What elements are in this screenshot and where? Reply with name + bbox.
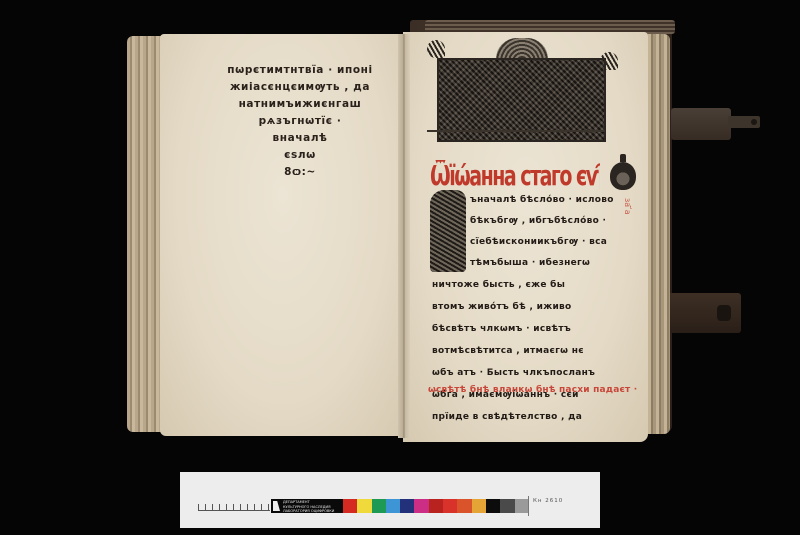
color-swatch: [515, 499, 529, 513]
color-swatch: [372, 499, 386, 513]
photograph-scene: пѡрєтимтнтвїа · ипоні жиіасєнцєимѹть , д…: [0, 0, 800, 535]
color-swatch: [414, 499, 428, 513]
color-swatch: [429, 499, 443, 513]
color-swatch: [357, 499, 371, 513]
color-swatch: [457, 499, 471, 513]
color-swatch: [343, 499, 357, 513]
color-swatch: [486, 499, 500, 513]
text-line: бѣсвѣтъ члкѡмъ · исвѣтъ: [432, 318, 612, 340]
acorn-ornament-icon: [610, 162, 636, 190]
target-divider: [528, 496, 529, 516]
color-swatch: [500, 499, 514, 513]
text-line: втомъ живо́тъ бѣ , иживо: [432, 296, 612, 318]
rubric-line: ѡсвѣтѣ бнѣ вланкѡ бнѣ пасхи падаєт ·: [428, 385, 628, 395]
text-line: пѡрєтимтнтвїа · ипоні: [205, 62, 395, 79]
color-swatch: [400, 499, 414, 513]
color-swatch: [386, 499, 400, 513]
text-line: єѕлѡ: [205, 147, 395, 164]
text-line: натнимъижиєнгаш: [205, 96, 395, 113]
brand-text: ДЕПАРТАМЕНТ КУЛЬТУРНОГО НАСЛЕДИЯ ЛАБОРАТ…: [283, 500, 334, 513]
text-line: вотмѣсвѣтитса , итмаєгѡ нє: [432, 340, 612, 362]
text-line: ѡбъ атъ · Бысть члкъпосланъ: [432, 362, 612, 384]
text-line: сїебѣискониикъбгѹ · вса: [470, 232, 640, 253]
text-line: ничтоже бысть , єже бы: [432, 274, 612, 296]
text-line: тѣмъбыша · ибезнегѡ: [470, 253, 640, 274]
color-swatch: [443, 499, 457, 513]
top-clasp: [671, 108, 731, 140]
color-swatch: [472, 499, 486, 513]
text-line: бѣкъбгѹ , ибгъбѣсло́во ·: [470, 211, 640, 232]
text-line: жиіасєнцєимѹть , да: [205, 79, 395, 96]
institution-logo-icon: [273, 501, 280, 511]
bottom-clasp: [668, 293, 741, 333]
top-clasp-pin: [728, 116, 760, 128]
text-line: ъначалѣ бѣсло́во · ислово: [470, 190, 640, 211]
book-gutter: [398, 34, 410, 438]
scale-ruler: [198, 496, 270, 511]
text-line: вначалѣ: [205, 130, 395, 147]
text-line: прїиде в свѣдѣтелство , да: [432, 406, 612, 428]
decorated-drop-cap: [430, 190, 466, 272]
text-line: 8ѻ:~: [205, 164, 395, 181]
right-page-text-beside-cap: ъначалѣ бѣсло́во · ислово бѣкъбгѹ , ибгъ…: [470, 190, 640, 274]
target-brand-label: ДЕПАРТАМЕНТ КУЛЬТУРНОГО НАСЛЕДИЯ ЛАБОРАТ…: [271, 499, 343, 513]
shelfmark-label: Кн 2610: [533, 498, 563, 504]
headpiece-sprig-left: [427, 40, 445, 58]
left-page-text: пѡрєтимтнтвїа · ипоні жиіасєнцєимѹть , д…: [205, 62, 395, 181]
text-line: рѧзъгнѡтїє ·: [205, 113, 395, 130]
right-page-text-body: ничтоже бысть , єже бы втомъ живо́тъ бѣ …: [432, 274, 612, 428]
color-swatches: [343, 499, 529, 513]
headpiece-rule: [427, 130, 605, 132]
